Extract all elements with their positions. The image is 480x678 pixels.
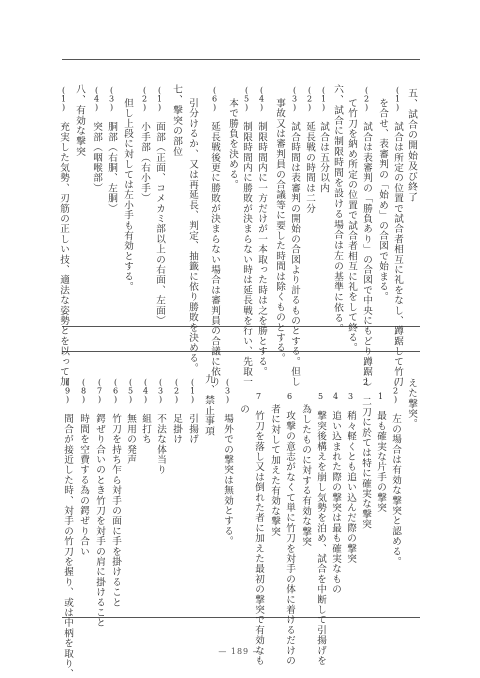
line-text: 試合は五分以内 bbox=[318, 122, 329, 193]
item-marker: (5) bbox=[240, 86, 252, 112]
line-text: 延長戦の時間は二分 bbox=[304, 122, 315, 214]
line-text: 小手部（右小手） bbox=[139, 122, 150, 204]
item-marker: (2) bbox=[303, 86, 315, 112]
item-marker: 4 bbox=[329, 392, 341, 401]
line-text: 二刀に於ては特に確実な撃突 bbox=[360, 397, 371, 530]
text-line: 引分けるか、又は再延長、判定、抽籤に依り勝敗を決める。 bbox=[186, 98, 198, 373]
text-line: (1) 試合は所定の位置で試合者相互に礼をなし、蹲踞して竹刀 bbox=[391, 86, 403, 387]
text-line: (6) 延長戦後更に勝敗が決まらない場合は審判員の合議に依り bbox=[208, 86, 220, 387]
text-line: (1) 試合は五分以内 bbox=[317, 86, 329, 193]
text-line: (7) 鍔ぜり合いのとき竹刀を対手の肩に掛けること bbox=[93, 378, 105, 628]
item-marker: (6) bbox=[208, 86, 220, 112]
line-text: 制限時間内に勝敗が決まらない時は延長戦を行い、先取一 bbox=[241, 122, 252, 387]
line-text: 組打ち bbox=[140, 414, 151, 445]
text-line: (5) 無用の発声 bbox=[124, 378, 136, 465]
section-heading: 六、試合に制限時間を設ける場合は左の基準に依る。 bbox=[331, 84, 343, 334]
line-text: 事故又は審判員の合議等に要した時間は除くものとする。 bbox=[274, 98, 285, 363]
line-text: 竹刀を持ち乍ら対手の面に手を掛けること bbox=[110, 414, 121, 608]
line-text: 不法な体当り bbox=[155, 414, 166, 475]
line-text: の bbox=[238, 404, 249, 414]
text-line: (4) 制限時間内に一方だけが一本取った時は之を勝とする。 bbox=[255, 86, 267, 377]
line-text: 者に対して加えた有効な撃突 bbox=[269, 404, 280, 537]
text-line: (2) 左の場合は有効な撃突と認める。 bbox=[389, 378, 401, 567]
text-line: を合せ、表審判の「始め」の合図で始まる。 bbox=[376, 98, 388, 302]
item-marker: (7) bbox=[93, 378, 105, 404]
item-marker: 5 bbox=[314, 392, 326, 401]
line-text: 為したものに対する有効な撃突 bbox=[300, 404, 311, 547]
line-text: 撃突後構えを崩し気勢を泊め、試合を中断して引揚げを bbox=[315, 411, 326, 666]
item-marker: (5) bbox=[124, 378, 136, 404]
text-line: (5) 制限時間内に勝敗が決まらない時は延長戦を行い、先取一 bbox=[240, 86, 252, 387]
item-marker: 2 bbox=[359, 378, 371, 387]
text-line: 1 最も確実な片手の撃突 bbox=[374, 392, 386, 513]
line-text: えた撃突。 bbox=[406, 378, 417, 429]
text-line: 5 撃突後構えを崩し気勢を泊め、試合を中断して引揚げを bbox=[314, 392, 326, 666]
section-heading: 九、禁止事項 bbox=[202, 374, 214, 436]
item-marker: 6 bbox=[283, 392, 295, 401]
text-line: (1) 面部（正面、コメカミ部以上の右面、左面） bbox=[153, 86, 165, 326]
text-line: (8) 時間を空費する為の鍔ぜり合い bbox=[77, 378, 89, 557]
line-text: 場外での撃突は無効とする。 bbox=[222, 414, 233, 547]
text-line: (3) 胴部（右胴、左胴） bbox=[105, 86, 117, 214]
item-marker: (3) bbox=[288, 86, 300, 112]
text-line: 事故又は審判員の合議等に要した時間は除くものとする。 bbox=[273, 98, 285, 363]
item-marker: 7 bbox=[252, 392, 264, 401]
item-marker: (2) bbox=[138, 86, 150, 112]
text-line: (2) 延長戦の時間は二分 bbox=[303, 86, 315, 214]
line-text: 追い込まれた際の撃突は最も確実なもの bbox=[330, 411, 341, 595]
text-line: 為したものに対する有効な撃突 bbox=[299, 404, 311, 547]
top-rule bbox=[62, 59, 420, 60]
text-line: (9) 間合が接近した時、対手の竹刀を握り、或は中柄を取り、 bbox=[61, 378, 73, 678]
text-line: (3) 場外での撃突は無効とする。 bbox=[221, 378, 233, 546]
text-line: て竹刀を納め所定の位置で試合者相互に礼をして終る。 bbox=[345, 98, 357, 353]
text-line: 2 二刀に於ては特に確実な撃突 bbox=[359, 378, 371, 529]
line-text: 延長戦後更に勝敗が決まらない場合は審判員の合議に依り bbox=[209, 122, 220, 387]
text-line: 6 攻撃の意志がなくて単に竹刀を対手の体に着けるだけの bbox=[283, 392, 295, 666]
section-heading: 八、有効な撃突 bbox=[73, 84, 85, 157]
item-marker: (3) bbox=[221, 378, 233, 404]
line-text: 突部（咽喉部） bbox=[91, 122, 102, 193]
line-text: 九、禁止事項 bbox=[203, 374, 214, 436]
item-marker: (2) bbox=[360, 86, 372, 112]
line-text: 稍々軽くとも追い込んだ際の撃突 bbox=[345, 411, 356, 564]
line-text: 六、試合に制限時間を設ける場合は左の基準に依る。 bbox=[332, 84, 343, 334]
text-line: (3) 不法な体当り bbox=[154, 378, 166, 475]
item-marker: (2) bbox=[389, 378, 401, 404]
text-line: (4) 突部（咽喉部） bbox=[90, 86, 102, 193]
text-line: の bbox=[237, 404, 249, 414]
line-text: 本で勝負を決める。 bbox=[227, 98, 238, 190]
line-text: 試合は所定の位置で試合者相互に礼をなし、蹲踞して竹刀 bbox=[392, 122, 403, 387]
line-text: 面部（正面、コメカミ部以上の右面、左面） bbox=[154, 122, 165, 326]
line-text: 攻撃の意志がなくて単に竹刀を対手の体に着けるだけの bbox=[284, 411, 295, 666]
line-text: 胴部（右胴、左胴） bbox=[106, 122, 117, 214]
text-line: (1) 引揚げ bbox=[186, 378, 198, 444]
item-marker: (9) bbox=[61, 378, 73, 404]
line-text: 足掛け bbox=[171, 414, 182, 445]
text-line: 但し上段に対しては左小手も有効とする。 bbox=[121, 98, 133, 292]
text-line: (2) 足掛け bbox=[170, 378, 182, 444]
item-marker: (3) bbox=[154, 378, 166, 404]
line-text: 引分けるか、又は再延長、判定、抽籤に依り勝敗を決める。 bbox=[187, 98, 198, 373]
item-marker: (6) bbox=[109, 378, 121, 404]
item-marker: (1) bbox=[57, 86, 69, 112]
section-heading: 七、撃突の部位 bbox=[170, 84, 182, 157]
line-text: 引揚げ bbox=[187, 414, 198, 445]
line-text: 間合が接近した時、対手の竹刀を握り、或は中柄を取り、 bbox=[62, 414, 73, 678]
text-line: (3) 試合時間は表審判の開始の合図より計るものとする。但し bbox=[288, 86, 300, 387]
item-marker: (4) bbox=[255, 86, 267, 112]
section-heading: 五、試合の開始及び終了 bbox=[405, 88, 417, 202]
text-line: 3 稍々軽くとも追い込んだ際の撃突 bbox=[344, 392, 356, 564]
item-marker: (1) bbox=[186, 378, 198, 404]
line-text: 制限時間内に一方だけが一本取った時は之を勝とする。 bbox=[256, 122, 267, 377]
text-line: (2) 試合は表審判の「勝負あり」の合図で中央にもどり蹲踞し bbox=[360, 86, 372, 387]
line-text: 最も確実な片手の撃突 bbox=[375, 411, 386, 513]
bottom-rule bbox=[62, 617, 420, 618]
item-marker: (4) bbox=[90, 86, 102, 112]
line-text: 試合は表審判の「勝負あり」の合図で中央にもどり蹲踞し bbox=[361, 122, 372, 387]
item-marker: (4) bbox=[139, 378, 151, 404]
item-marker: (3) bbox=[105, 86, 117, 112]
text-line: (4) 組打ち bbox=[139, 378, 151, 444]
item-marker: 3 bbox=[344, 392, 356, 401]
line-text: 左の場合は有効な撃突と認める。 bbox=[390, 414, 401, 567]
text-line: (6) 竹刀を持ち乍ら対手の面に手を掛けること bbox=[109, 378, 121, 608]
line-text: 竹刀を落し又は倒れた者に加えた最初の撃突で有効なも bbox=[253, 411, 264, 666]
line-text: 時間を空費する為の鍔ぜり合い bbox=[78, 414, 89, 557]
item-marker: (8) bbox=[77, 378, 89, 404]
item-marker: (1) bbox=[391, 86, 403, 112]
text-line: 本で勝負を決める。 bbox=[226, 98, 238, 190]
item-marker: (1) bbox=[317, 86, 329, 112]
text-line: 者に対して加えた有効な撃突 bbox=[268, 404, 280, 537]
line-text: 無用の発声 bbox=[125, 414, 136, 465]
line-text: 充実した気勢、刃筋の正しい技、適法な姿勢とを以って加 bbox=[58, 122, 69, 387]
text-line: えた撃突。 bbox=[405, 378, 417, 429]
item-marker: (1) bbox=[153, 86, 165, 112]
line-text: 八、有効な撃突 bbox=[74, 84, 85, 157]
line-text: て竹刀を納め所定の位置で試合者相互に礼をして終る。 bbox=[346, 98, 357, 353]
text-line: (1) 充実した気勢、刃筋の正しい技、適法な姿勢とを以って加 bbox=[57, 86, 69, 387]
item-marker: (2) bbox=[170, 378, 182, 404]
text-line: (2) 小手部（右小手） bbox=[138, 86, 150, 203]
line-text: 試合時間は表審判の開始の合図より計るものとする。但し bbox=[289, 122, 300, 387]
text-line: 4 追い込まれた際の撃突は最も確実なもの bbox=[329, 392, 341, 594]
line-text: 五、試合の開始及び終了 bbox=[406, 88, 417, 202]
item-marker: 1 bbox=[374, 392, 386, 401]
text-line: 7 竹刀を落し又は倒れた者に加えた最初の撃突で有効なも bbox=[252, 392, 264, 666]
line-text: 鍔ぜり合いのとき竹刀を対手の肩に掛けること bbox=[94, 414, 105, 628]
line-text: を合せ、表審判の「始め」の合図で始まる。 bbox=[377, 98, 388, 302]
line-text: 但し上段に対しては左小手も有効とする。 bbox=[122, 98, 133, 292]
line-text: 七、撃突の部位 bbox=[171, 84, 182, 157]
